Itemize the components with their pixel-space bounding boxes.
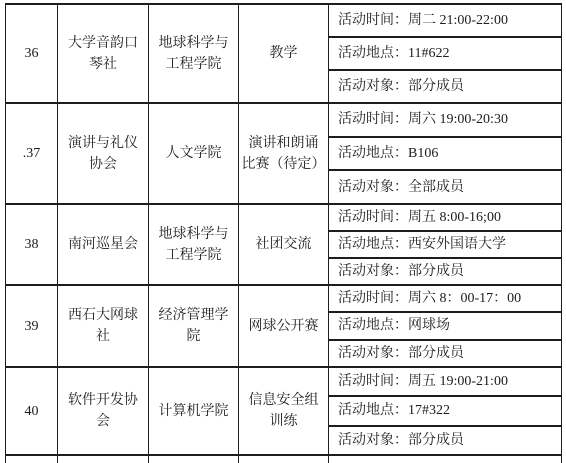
table-row-36: 36 大学音韵口 琴社 地球科学与 工程学院 教学 活动时间：周二 21:00-… (6, 5, 562, 104)
club-activity-table: 36 大学音韵口 琴社 地球科学与 工程学院 教学 活动时间：周二 21:00-… (5, 3, 562, 463)
activity-location-line: 活动地点：11#622 (329, 38, 561, 71)
table-row-40: 40 软件开发协 会 计算机学院 信息安全组 训练 活动时间：周五 19:00-… (6, 368, 562, 456)
activity-location-line: 活动地点：网球场 (329, 313, 561, 340)
activity-type-cell: 网球公开赛 (239, 286, 329, 366)
activity-location-line: 活动地点：西安外国语大学 (329, 232, 561, 259)
table-row-partial (6, 456, 562, 463)
activity-target-line: 活动对象：部分成员 (329, 427, 561, 454)
serial-cell: 36 (6, 5, 58, 102)
college-cell: 计算机学院 (149, 368, 239, 454)
table-row-39: 39 西石大网球 社 经济管理学 院 网球公开赛 活动时间：周六 8：00-17… (6, 286, 562, 368)
college-cell: 经济管理学 院 (149, 286, 239, 366)
activity-details-cell: 活动时间：周二 21:00-22:00 活动地点：11#622 活动对象：部分成… (329, 5, 562, 102)
partial-row-cell (6, 456, 58, 463)
partial-row-cell (58, 456, 149, 463)
activity-details-cell: 活动时间：周五 8:00-16;00 活动地点：西安外国语大学 活动对象：部分成… (329, 205, 562, 284)
partial-row-cell (149, 456, 239, 463)
table-row-37: .37 演讲与礼仪 协会 人文学院 演讲和朗诵 比赛（待定） 活动时间：周六 1… (6, 104, 562, 205)
activity-type-cell: 社团交流 (239, 205, 329, 284)
activity-time-line: 活动时间：周五 8:00-16;00 (329, 205, 561, 232)
activity-type-cell: 演讲和朗诵 比赛（待定） (239, 104, 329, 203)
club-name-cell: 南河巡星会 (58, 205, 149, 284)
activity-target-line: 活动对象：部分成员 (329, 341, 561, 366)
activity-type-cell: 教学 (239, 5, 329, 102)
activity-target-line: 活动对象：部分成员 (329, 259, 561, 284)
activity-time-line: 活动时间：周二 21:00-22:00 (329, 5, 561, 38)
table-row-38: 38 南河巡星会 地球科学与 工程学院 社团交流 活动时间：周五 8:00-16… (6, 205, 562, 286)
partial-row-cell (329, 456, 562, 463)
activity-details-cell: 活动时间：周六 8：00-17：00 活动地点：网球场 活动对象：部分成员 (329, 286, 562, 366)
activity-details-cell: 活动时间：周五 19:00-21:00 活动地点：17#322 活动对象：部分成… (329, 368, 562, 454)
activity-time-line: 活动时间：周六 19:00-20:30 (329, 104, 561, 138)
club-name-cell: 大学音韵口 琴社 (58, 5, 149, 102)
serial-cell: 38 (6, 205, 58, 284)
serial-cell: 39 (6, 286, 58, 366)
club-name-cell: 软件开发协 会 (58, 368, 149, 454)
college-cell: 地球科学与 工程学院 (149, 5, 239, 102)
activity-type-cell: 信息安全组 训练 (239, 368, 329, 454)
serial-cell: .37 (6, 104, 58, 203)
activity-time-line: 活动时间：周五 19:00-21:00 (329, 368, 561, 397)
activity-details-cell: 活动时间：周六 19:00-20:30 活动地点：B106 活动对象：全部成员 (329, 104, 562, 203)
partial-row-cell (239, 456, 329, 463)
club-name-cell: 西石大网球 社 (58, 286, 149, 366)
college-cell: 地球科学与 工程学院 (149, 205, 239, 284)
serial-cell: 40 (6, 368, 58, 454)
activity-target-line: 活动对象：全部成员 (329, 171, 561, 203)
activity-location-line: 活动地点：17#322 (329, 397, 561, 426)
club-name-cell: 演讲与礼仪 协会 (58, 104, 149, 203)
college-cell: 人文学院 (149, 104, 239, 203)
activity-time-line: 活动时间：周六 8：00-17：00 (329, 286, 561, 313)
activity-location-line: 活动地点：B106 (329, 138, 561, 172)
activity-target-line: 活动对象：部分成员 (329, 71, 561, 102)
